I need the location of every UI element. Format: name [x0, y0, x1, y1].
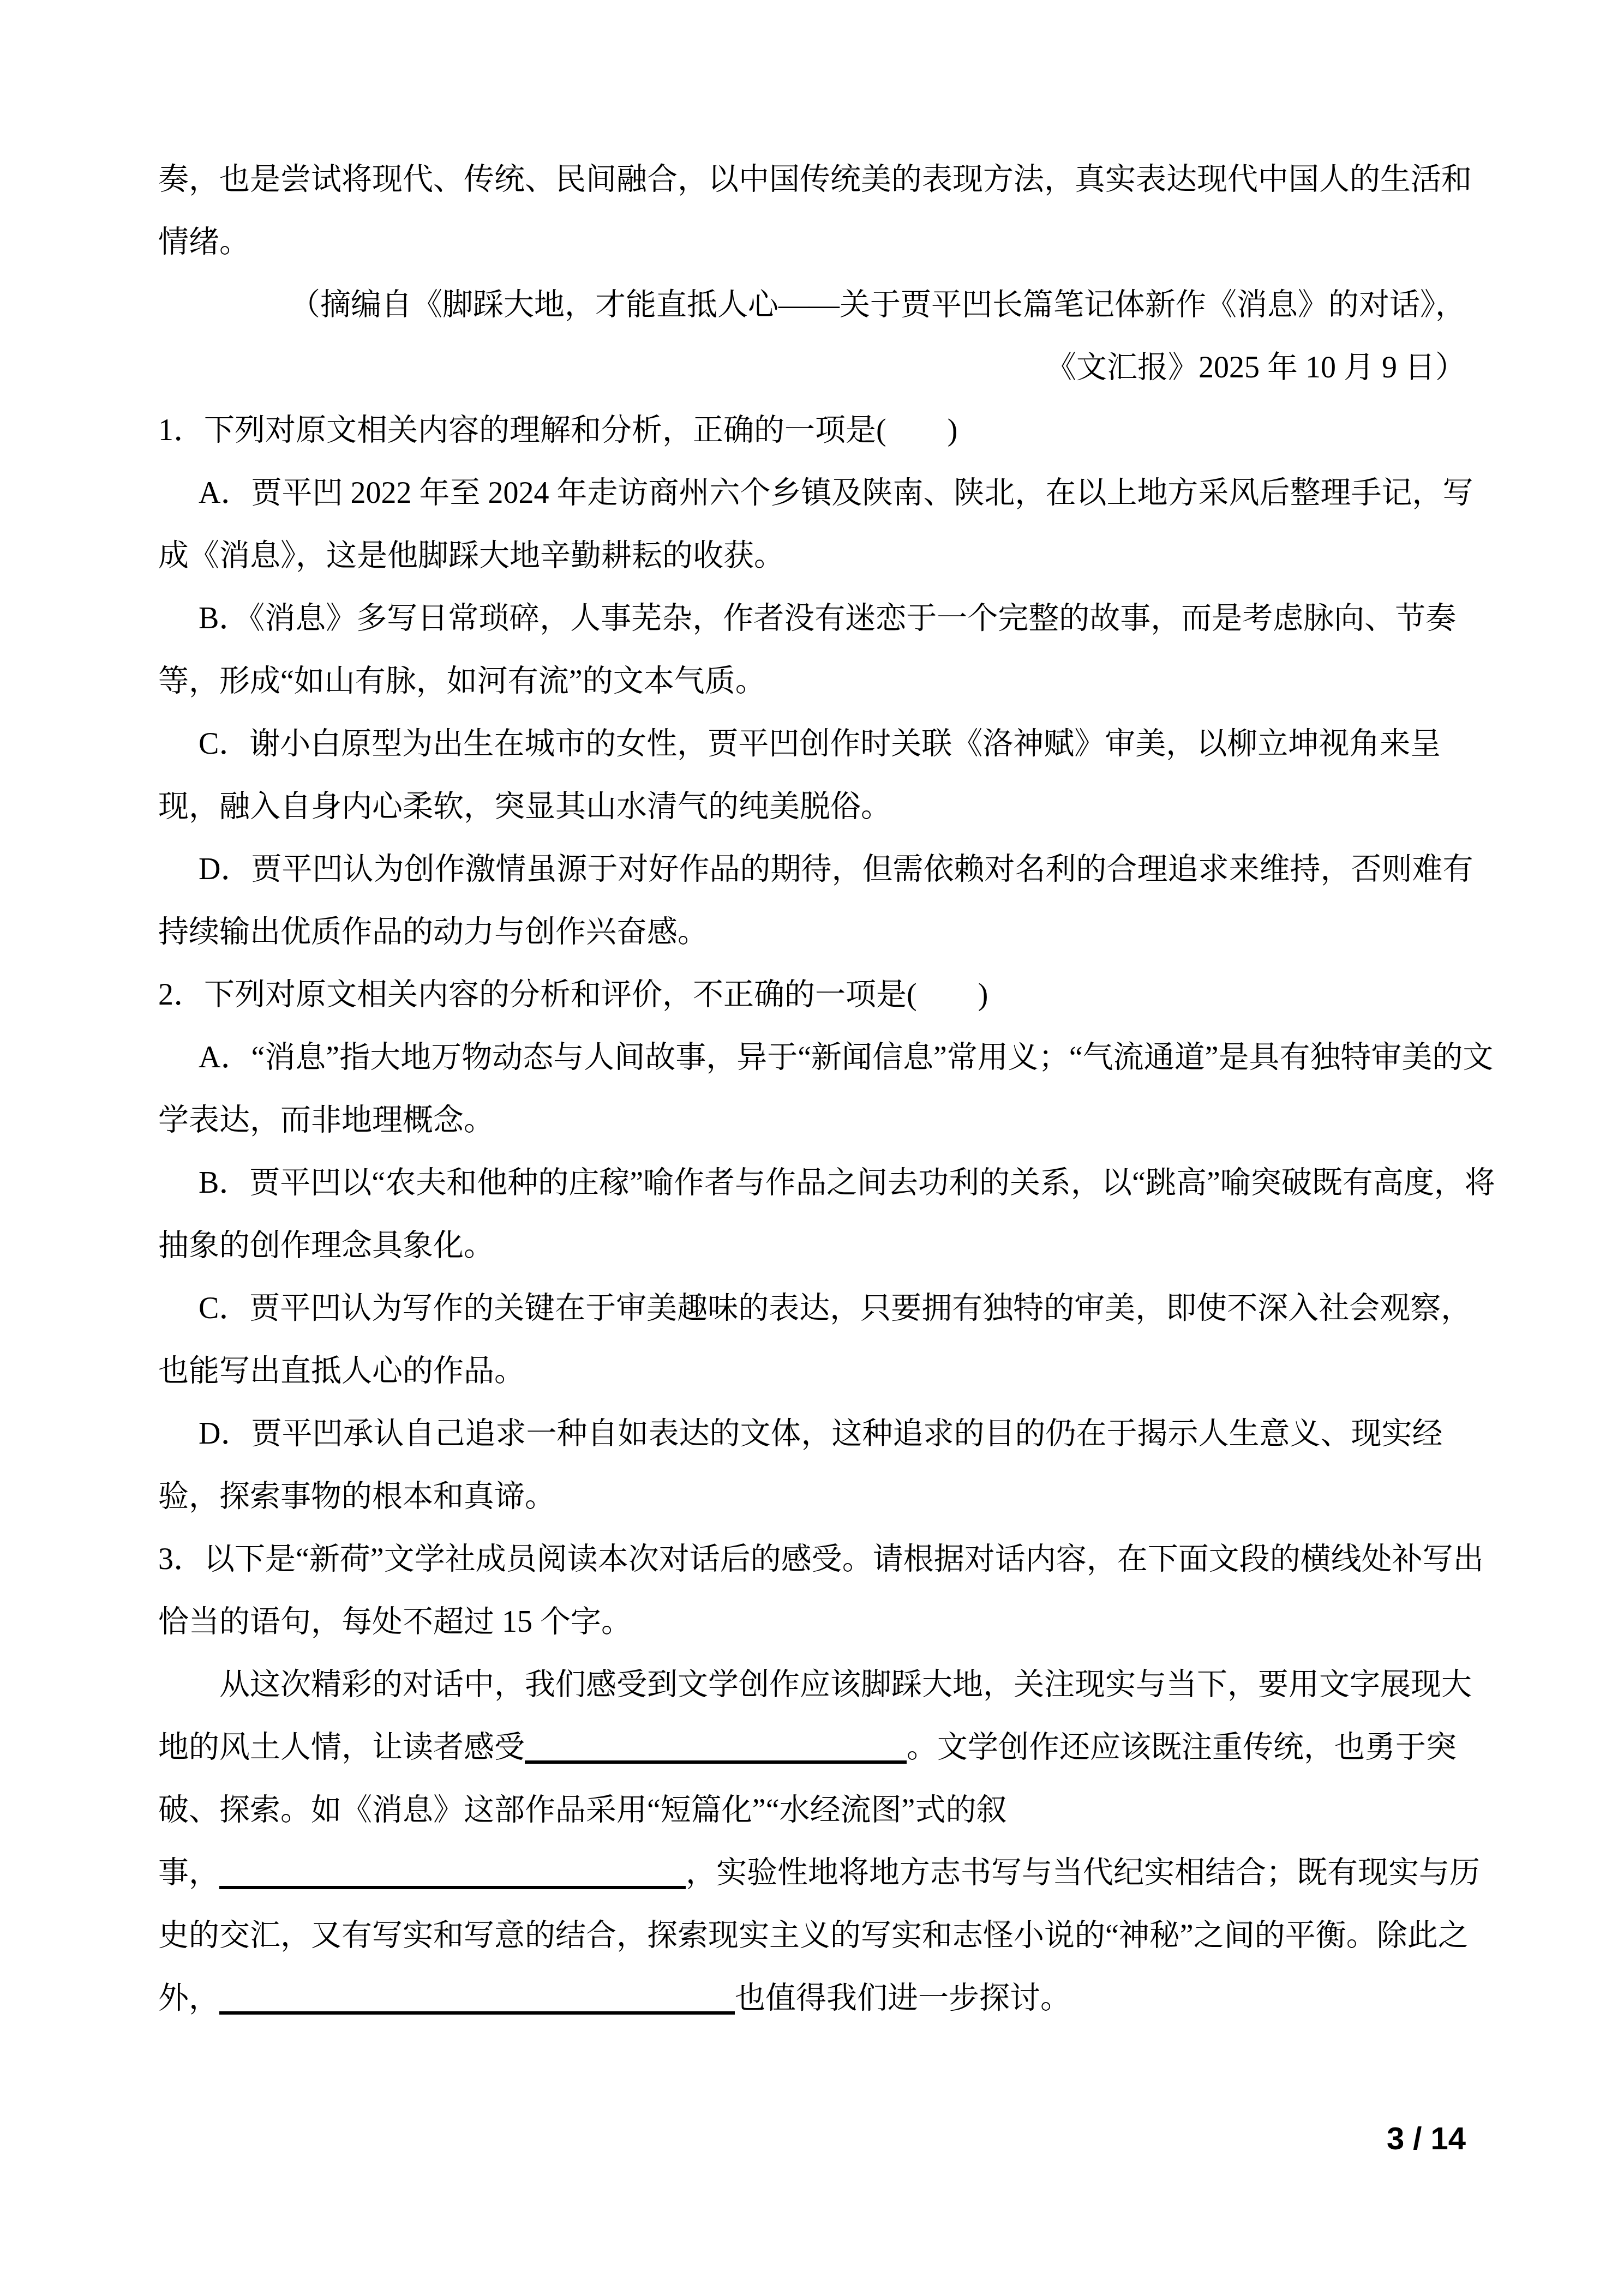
q1-option-a-line-1: A．贾平凹 2022 年至 2024 年走访商州六个乡镇及陕南、陕北，在以上地方…: [158, 462, 1466, 525]
fill-in-blank: [219, 1886, 686, 1889]
page-number: 3 / 14: [1387, 2117, 1466, 2161]
q2-option-b-line-1: B．贾平凹以“农夫和他种的庄稼”喻作者与作品之间去功利的关系，以“跳高”喻突破既…: [158, 1152, 1466, 1215]
q3-passage-line-6: 外，也值得我们进一步探讨。: [158, 1967, 1466, 2030]
text-segment: D．贾平凹承认自己追求一种自如表达的文体，这种追求的目的仍在于揭示人生意义、现实…: [199, 1417, 1442, 1451]
q2-option-c-line-1: C．贾平凹认为写作的关键在于审美趣味的表达，只要拥有独特的审美，即使不深入社会观…: [158, 1277, 1466, 1340]
text-segment: 。文学创作还应该既注重传统，也勇于突: [907, 1730, 1457, 1764]
source-attribution-line-1: （摘编自《脚踩大地，才能直抵人心——关于贾平凹长篇笔记体新作《消息》的对话》，: [158, 274, 1466, 336]
text-segment: 地的风土人情，让读者感受: [158, 1730, 525, 1764]
text-segment: 1．下列对原文相关内容的理解和分析，正确的一项是( ): [158, 413, 957, 447]
document-page: 奏，也是尝试将现代、传统、民间融合，以中国传统美的表现方法，真实表达现代中国人的…: [0, 0, 1624, 2296]
text-segment: 奏，也是尝试将现代、传统、民间融合，以中国传统美的表现方法，真实表达现代中国人的…: [158, 163, 1472, 196]
text-segment: 成《消息》，这是他脚踩大地辛勤耕耘的收获。: [158, 539, 784, 573]
q2-option-b-line-2: 抽象的创作理念具象化。: [158, 1215, 1466, 1277]
question-2-stem: 2．下列对原文相关内容的分析和评价，不正确的一项是( ): [158, 964, 1466, 1026]
text-segment: 破、探索。如《消息》这部作品采用“短篇化”“水经流图”式的叙: [158, 1793, 1006, 1827]
q1-option-d-line-2: 持续输出优质作品的动力与创作兴奋感。: [158, 901, 1466, 964]
text-segment: A．贾平凹 2022 年至 2024 年走访商州六个乡镇及陕南、陕北，在以上地方…: [199, 476, 1473, 510]
q2-option-d-line-2: 验，探索事物的根本和真谛。: [158, 1465, 1466, 1528]
text-segment: （摘编自《脚踩大地，才能直抵人心——关于贾平凹长篇笔记体新作《消息》的对话》，: [290, 288, 1466, 322]
text-segment: A．“消息”指大地万物动态与人间故事，异于“新闻信息”常用义；“气流通道”是具有…: [199, 1041, 1494, 1074]
q3-passage-line-5: 史的交汇，又有写实和写意的结合，探索现实主义的写实和志怪小说的“神秘”之间的平衡…: [158, 1904, 1466, 1967]
question-3-stem-line-2: 恰当的语句，每处不超过 15 个字。: [158, 1591, 1466, 1654]
text-segment: 3．以下是“新荷”文学社成员阅读本次对话后的感受。请根据对话内容，在下面文段的横…: [158, 1542, 1484, 1576]
q2-option-a-line-1: A．“消息”指大地万物动态与人间故事，异于“新闻信息”常用义；“气流通道”是具有…: [158, 1026, 1466, 1089]
q1-option-a-line-2: 成《消息》，这是他脚踩大地辛勤耕耘的收获。: [158, 525, 1466, 587]
text-segment: 2．下列对原文相关内容的分析和评价，不正确的一项是( ): [158, 978, 988, 1012]
q2-option-c-line-2: 也能写出直抵人心的作品。: [158, 1340, 1466, 1403]
q1-option-b-line-1: B．《消息》多写日常琐碎，人事芜杂，作者没有迷恋于一个完整的故事，而是考虑脉向、…: [158, 587, 1466, 650]
text-segment: 恰当的语句，每处不超过 15 个字。: [158, 1605, 632, 1639]
q2-option-a-line-2: 学表达，而非地理概念。: [158, 1089, 1466, 1152]
text-segment: 也能写出直抵人心的作品。: [158, 1354, 525, 1388]
passage-line-1: 奏，也是尝试将现代、传统、民间融合，以中国传统美的表现方法，真实表达现代中国人的…: [158, 148, 1466, 211]
text-segment: C．谢小白原型为出生在城市的女性，贾平凹创作时关联《洛神赋》审美，以柳立坤视角来…: [199, 727, 1441, 761]
text-segment: D．贾平凹认为创作激情虽源于对好作品的期待，但需依赖对名利的合理追求来维持，否则…: [199, 852, 1473, 886]
fill-in-blank: [219, 2011, 735, 2015]
text-segment: 情绪。: [158, 225, 250, 259]
text-segment: 抽象的创作理念具象化。: [158, 1229, 494, 1263]
text-segment: 从这次精彩的对话中，我们感受到文学创作应该脚踩大地，关注现实与当下，要用文字展现…: [219, 1668, 1472, 1702]
text-segment: B．贾平凹以“农夫和他种的庄稼”喻作者与作品之间去功利的关系，以“跳高”喻突破既…: [199, 1166, 1495, 1200]
passage-line-2: 情绪。: [158, 211, 1466, 274]
text-segment: 《文汇报》2025 年 10 月 9 日）: [1046, 351, 1466, 384]
question-3-stem-line-1: 3．以下是“新荷”文学社成员阅读本次对话后的感受。请根据对话内容，在下面文段的横…: [158, 1528, 1466, 1591]
document-body: 奏，也是尝试将现代、传统、民间融合，以中国传统美的表现方法，真实表达现代中国人的…: [158, 148, 1466, 2030]
q3-passage-line-3: 破、探索。如《消息》这部作品采用“短篇化”“水经流图”式的叙: [158, 1779, 1466, 1842]
text-segment: 验，探索事物的根本和真谛。: [158, 1480, 555, 1513]
source-attribution-line-2: 《文汇报》2025 年 10 月 9 日）: [158, 336, 1466, 399]
text-segment: ，实验性地将地方志书写与当代纪实相结合；既有现实与历: [686, 1856, 1480, 1890]
text-segment: 事，: [158, 1856, 219, 1890]
q3-passage-line-1: 从这次精彩的对话中，我们感受到文学创作应该脚踩大地，关注现实与当下，要用文字展现…: [158, 1654, 1466, 1716]
text-segment: 史的交汇，又有写实和写意的结合，探索现实主义的写实和志怪小说的“神秘”之间的平衡…: [158, 1919, 1469, 1952]
q3-passage-line-4: 事，，实验性地将地方志书写与当代纪实相结合；既有现实与历: [158, 1842, 1466, 1904]
q1-option-c-line-1: C．谢小白原型为出生在城市的女性，贾平凹创作时关联《洛神赋》审美，以柳立坤视角来…: [158, 713, 1466, 776]
q1-option-d-line-1: D．贾平凹认为创作激情虽源于对好作品的期待，但需依赖对名利的合理追求来维持，否则…: [158, 838, 1466, 901]
q1-option-c-line-2: 现，融入自身内心柔软，突显其山水清气的纯美脱俗。: [158, 776, 1466, 838]
q2-option-d-line-1: D．贾平凹承认自己追求一种自如表达的文体，这种追求的目的仍在于揭示人生意义、现实…: [158, 1403, 1466, 1465]
text-segment: 持续输出优质作品的动力与创作兴奋感。: [158, 915, 708, 949]
q3-passage-line-2: 地的风土人情，让读者感受。文学创作还应该既注重传统，也勇于突: [158, 1716, 1466, 1779]
text-segment: 现，融入自身内心柔软，突显其山水清气的纯美脱俗。: [158, 790, 891, 824]
fill-in-blank: [525, 1760, 907, 1764]
text-segment: 学表达，而非地理概念。: [158, 1103, 494, 1137]
text-segment: 外，: [158, 1981, 219, 2015]
text-segment: C．贾平凹认为写作的关键在于审美趣味的表达，只要拥有独特的审美，即使不深入社会观…: [199, 1291, 1471, 1325]
question-1-stem: 1．下列对原文相关内容的理解和分析，正确的一项是( ): [158, 399, 1466, 462]
text-segment: B．《消息》多写日常琐碎，人事芜杂，作者没有迷恋于一个完整的故事，而是考虑脉向、…: [199, 602, 1456, 635]
text-segment: 等，形成“如山有脉，如河有流”的文本气质。: [158, 664, 766, 698]
q1-option-b-line-2: 等，形成“如山有脉，如河有流”的文本气质。: [158, 650, 1466, 713]
text-segment: 也值得我们进一步探讨。: [735, 1981, 1071, 2015]
